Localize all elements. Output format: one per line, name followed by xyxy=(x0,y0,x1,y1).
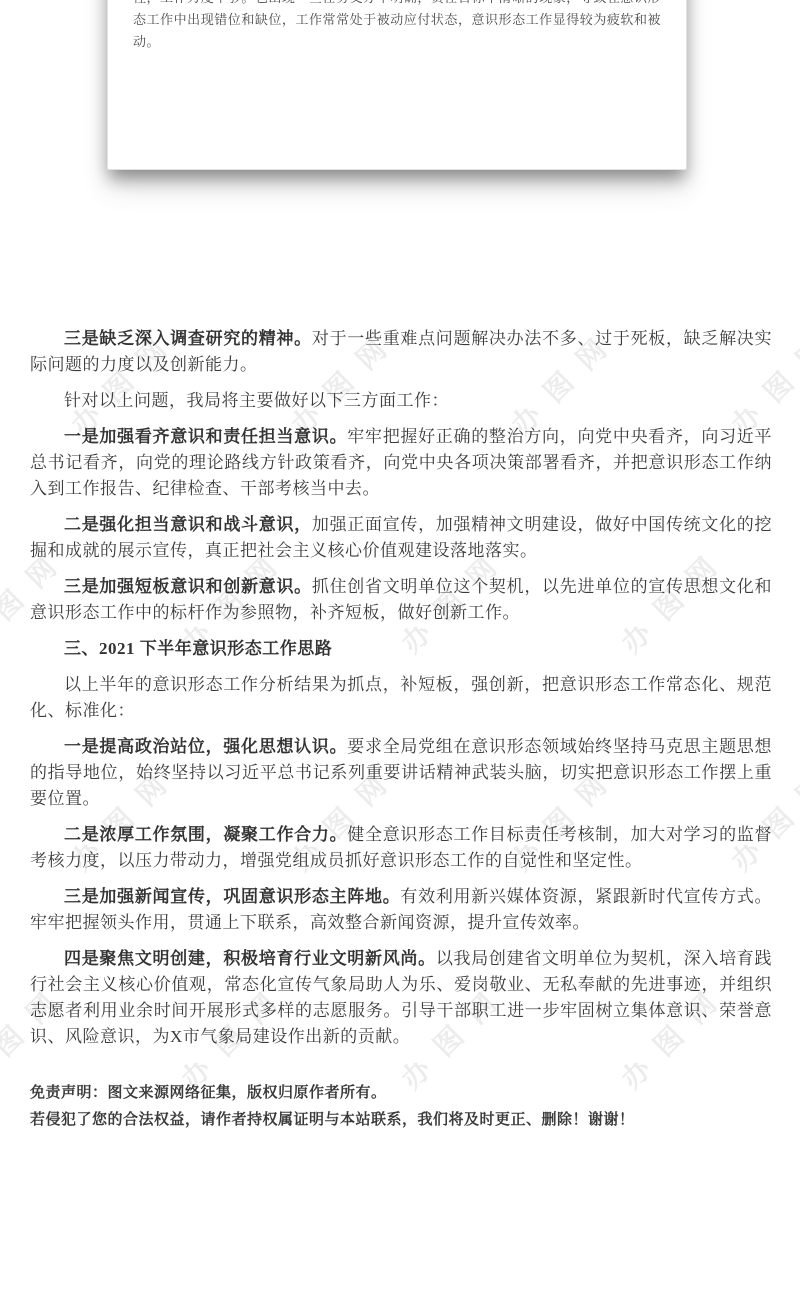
paragraph-lead: 二是浓厚工作氛围，凝聚工作合力。 xyxy=(64,825,347,844)
paragraph: 一是提高政治站位，强化思想认识。要求全局党组在意识形态领域始终坚持马克思主题思想… xyxy=(30,734,772,812)
page: 性，工作力度不够。也出现一些任务交办不明确，责任目标不清晰的现象，导致在意识形态… xyxy=(0,0,800,1291)
document-body: 三是缺乏深入调查研究的精神。对于一些重难点问题解决办法不多、过于死板，缺乏解决实… xyxy=(30,326,772,1060)
paragraph-lead: 三是缺乏深入调查研究的精神。 xyxy=(64,329,312,348)
paragraph: 三是缺乏深入调查研究的精神。对于一些重难点问题解决办法不多、过于死板，缺乏解决实… xyxy=(30,326,772,378)
paragraph: 一是加强看齐意识和责任担当意识。牢牢把握好正确的整治方向，向党中央看齐，向习近平… xyxy=(30,424,772,502)
disclaimer-line-1: 免责声明：图文来源网络征集，版权归原作者所有。 xyxy=(30,1080,772,1107)
paragraph: 针对以上问题，我局将主要做好以下三方面工作： xyxy=(30,388,772,414)
paragraph-lead: 二是强化担当意识和战斗意识， xyxy=(64,515,312,534)
paragraph-lead: 一是提高政治站位，强化思想认识。 xyxy=(64,737,347,756)
paragraph: 二是强化担当意识和战斗意识，加强正面宣传，加强精神文明建设，做好中国传统文化的挖… xyxy=(30,512,772,564)
paragraph: 三是加强短板意识和创新意识。抓住创省文明单位这个契机，以先进单位的宣传思想文化和… xyxy=(30,574,772,626)
paragraph-lead: 一是加强看齐意识和责任担当意识。 xyxy=(64,427,347,446)
paragraph-lead: 三是加强新闻宣传，巩固意识形态主阵地。 xyxy=(64,887,400,906)
disclaimer-line-2: 若侵犯了您的合法权益，请作者持权属证明与本站联系，我们将及时更正、删除！谢谢！ xyxy=(30,1107,772,1134)
document-preview-page: 性，工作力度不够。也出现一些任务交办不明确，责任目标不清晰的现象，导致在意识形态… xyxy=(107,0,687,170)
paragraph-lead: 四是聚焦文明创建，积极培育行业文明新风尚。 xyxy=(64,949,436,968)
disclaimer: 免责声明：图文来源网络征集，版权归原作者所有。 若侵犯了您的合法权益，请作者持权… xyxy=(30,1080,772,1134)
paragraph: 三是加强新闻宣传，巩固意识形态主阵地。有效利用新兴媒体资源，紧跟新时代宣传方式。… xyxy=(30,884,772,936)
preview-page-text: 性，工作力度不够。也出现一些任务交办不明确，责任目标不清晰的现象，导致在意识形态… xyxy=(133,0,661,53)
section-heading: 三、2021 下半年意识形态工作思路 xyxy=(30,636,772,662)
paragraph: 以上半年的意识形态工作分析结果为抓点，补短板，强创新，把意识形态工作常态化、规范… xyxy=(30,672,772,724)
paragraph: 二是浓厚工作氛围，凝聚工作合力。健全意识形态工作目标责任考核制，加大对学习的监督… xyxy=(30,822,772,874)
paragraph-lead: 三是加强短板意识和创新意识。 xyxy=(64,577,312,596)
paragraph: 四是聚焦文明创建，积极培育行业文明新风尚。以我局创建省文明单位为契机，深入培育践… xyxy=(30,946,772,1050)
